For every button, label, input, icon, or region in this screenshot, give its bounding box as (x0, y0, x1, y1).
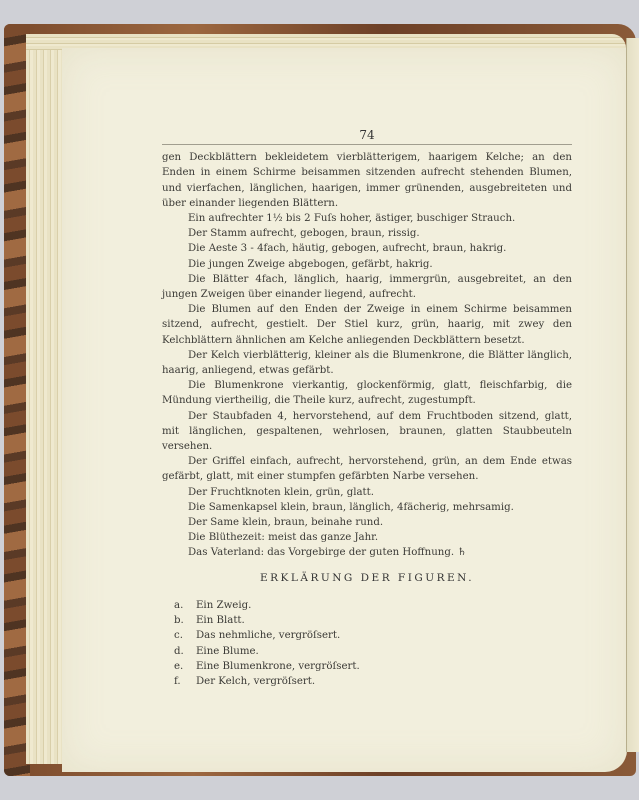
paragraph: Die Blüthezeit: meist das ganze Jahr. (162, 530, 572, 545)
paragraph: Ein aufrechter 1½ bis 2 Fuſs hoher, ästi… (162, 211, 572, 226)
figure-text: Ein Zweig. (196, 600, 251, 611)
paragraph: Die Blumenkrone vierkantig, glockenförmi… (162, 378, 572, 408)
figure-item: d.Eine Blume. (162, 644, 572, 659)
page-stack-left (26, 34, 67, 764)
figure-item: b.Ein Blatt. (162, 613, 572, 628)
figure-item: f.Der Kelch, vergröſsert. (162, 674, 572, 689)
figure-key: c. (174, 628, 196, 643)
figure-item: c.Das nehmliche, vergröſsert. (162, 628, 572, 643)
figure-text: Ein Blatt. (196, 615, 245, 626)
paragraph: Der Same klein, braun, beinahe rund. (162, 515, 572, 530)
figure-key: b. (174, 613, 196, 628)
page-edge-right (626, 38, 639, 752)
paragraph: Die Blätter 4fach, länglich, haarig, imm… (162, 272, 572, 302)
figure-text: Der Kelch, vergröſsert. (196, 676, 315, 687)
paragraph: Die Blumen auf den Enden der Zweige in e… (162, 302, 572, 348)
header-rule (162, 144, 572, 145)
paragraph: Die jungen Zweige abgebogen, gefärbt, ha… (162, 257, 572, 272)
figure-text: Eine Blumenkrone, vergröſsert. (196, 661, 360, 672)
paragraph: Der Kelch vierblätterig, kleiner als die… (162, 348, 572, 378)
figure-item: e.Eine Blumenkrone, vergröſsert. (162, 659, 572, 674)
figure-item: a.Ein Zweig. (162, 598, 572, 613)
paragraph: Der Staubfaden 4, hervorstehend, auf dem… (162, 409, 572, 455)
paragraph: Der Griffel einfach, aufrecht, hervorste… (162, 454, 572, 484)
paragraph: gen Deckblättern bekleidetem vierblätter… (162, 150, 572, 211)
paragraph: Die Aeste 3 - 4fach, häutig, gebogen, au… (162, 241, 572, 256)
figure-text: Das nehmliche, vergröſsert. (196, 630, 340, 641)
figure-key: a. (174, 598, 196, 613)
figure-key: f. (174, 674, 196, 689)
figure-key: d. (174, 644, 196, 659)
paragraph: Das Vaterland: das Vorgebirge der guten … (162, 545, 572, 560)
paragraph: Der Stamm aufrecht, gebogen, braun, riss… (162, 226, 572, 241)
figure-text: Eine Blume. (196, 646, 259, 657)
paragraph: Der Fruchtknoten klein, grün, glatt. (162, 485, 572, 500)
section-heading: ERKLÄRUNG DER FIGUREN. (162, 571, 572, 586)
page-text: 74 gen Deckblättern bekleidetem vierblät… (162, 128, 572, 690)
paragraph: Die Samenkapsel klein, braun, länglich, … (162, 500, 572, 515)
page-number: 74 (162, 128, 572, 143)
figure-key: e. (174, 659, 196, 674)
